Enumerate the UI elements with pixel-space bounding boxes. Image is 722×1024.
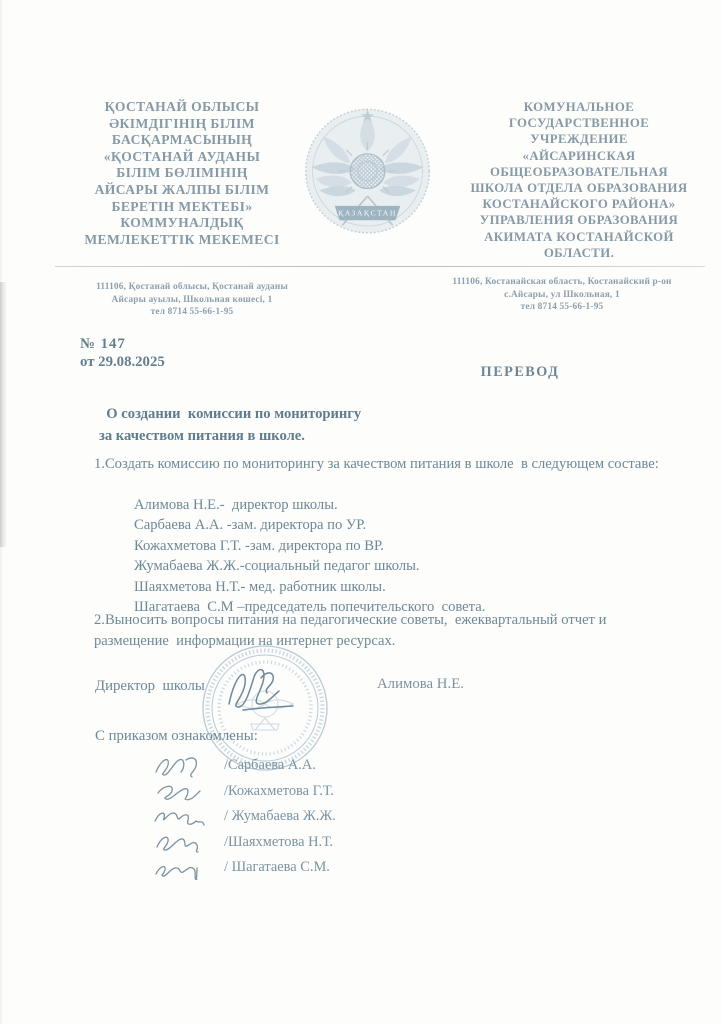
header-divider bbox=[55, 266, 705, 267]
handwritten-signature bbox=[152, 830, 224, 854]
address-russian: 111106, Костанайская область, Костанайск… bbox=[438, 276, 686, 314]
acknowledgement-name: / Жумабаева Ж.Ж. bbox=[224, 808, 336, 825]
translation-heading: ПЕРЕВОД bbox=[430, 364, 610, 381]
handwritten-signature bbox=[152, 856, 224, 880]
acknowledgement-name: /Шаяхметова Н.Т. bbox=[224, 834, 333, 851]
order-subject: О создании комиссии по мониторингу за ка… bbox=[99, 403, 439, 447]
acknowledgement-row: / Шагатаева С.М. bbox=[152, 855, 336, 881]
scanned-page: ҚОСТАНАЙ ОБЛЫСЫ ӘКІМДІГІНІҢ БІЛІМ БАСҚАР… bbox=[0, 0, 722, 1024]
org-name-russian: КОМУНАЛЬНОЕ ГОСУДАРСТВЕННОЕ УЧРЕЖДЕНИЕ «… bbox=[452, 99, 706, 261]
acknowledgement-row: /Кожахметова Г.Т. bbox=[152, 779, 336, 805]
kazakhstan-emblem-graphic: ҚАЗАҚСТАН bbox=[300, 103, 435, 245]
handwritten-signature bbox=[152, 754, 224, 778]
acknowledgement-row: /Шаяхметова Н.Т. bbox=[152, 830, 336, 856]
document-number: № 147 bbox=[80, 336, 126, 353]
committee-member-list: Алимова Н.Е.- директор школы. Сарбаева А… bbox=[134, 495, 604, 617]
acknowledgement-row: /Сарбаева А.А. bbox=[152, 753, 336, 779]
director-handwritten-signature bbox=[221, 660, 317, 722]
order-item-1: 1.Создать комиссию по мониторингу за кач… bbox=[94, 454, 672, 475]
committee-member: Сарбаева А.А. -зам. директора по УР. bbox=[134, 515, 604, 535]
acknowledgement-row: / Жумабаева Ж.Ж. bbox=[152, 804, 336, 830]
acknowledgement-name: /Кожахметова Г.Т. bbox=[224, 783, 334, 800]
emblem-ribbon-label: ҚАЗАҚСТАН bbox=[338, 208, 397, 217]
acknowledgement-list: /Сарбаева А.А. /Кожахметова Г.Т. / Жумаб… bbox=[152, 753, 336, 881]
org-name-kazakh: ҚОСТАНАЙ ОБЛЫСЫ ӘКІМДІГІНІҢ БІЛІМ БАСҚАР… bbox=[68, 99, 296, 248]
acknowledged-label: С приказом ознакомлены: bbox=[95, 728, 258, 745]
scan-shadow-artifact bbox=[0, 282, 7, 547]
acknowledgement-name: /Сарбаева А.А. bbox=[224, 757, 316, 774]
kazakhstan-emblem: ҚАЗАҚСТАН bbox=[300, 103, 435, 245]
acknowledgement-name: / Шагатаева С.М. bbox=[224, 859, 330, 876]
director-title: Директор школы bbox=[95, 678, 205, 695]
address-kazakh: 111106, Қостанай облысы, Қостанай ауданы… bbox=[72, 281, 312, 319]
order-item-2: 2.Выносить вопросы питания на педагогиче… bbox=[94, 610, 674, 652]
director-name: Алимова Н.Е. bbox=[377, 676, 464, 693]
committee-member: Шаяхметова Н.Т.- мед. работник школы. bbox=[134, 577, 604, 597]
document-date: от 29.08.2025 bbox=[80, 354, 165, 371]
handwritten-signature bbox=[152, 805, 224, 829]
committee-member: Алимова Н.Е.- директор школы. bbox=[134, 495, 604, 515]
committee-member: Жумабаева Ж.Ж.-социальный педагог школы. bbox=[134, 556, 604, 576]
handwritten-signature bbox=[152, 779, 224, 803]
committee-member: Кожахметова Г.Т. -зам. директора по ВР. bbox=[134, 536, 604, 556]
